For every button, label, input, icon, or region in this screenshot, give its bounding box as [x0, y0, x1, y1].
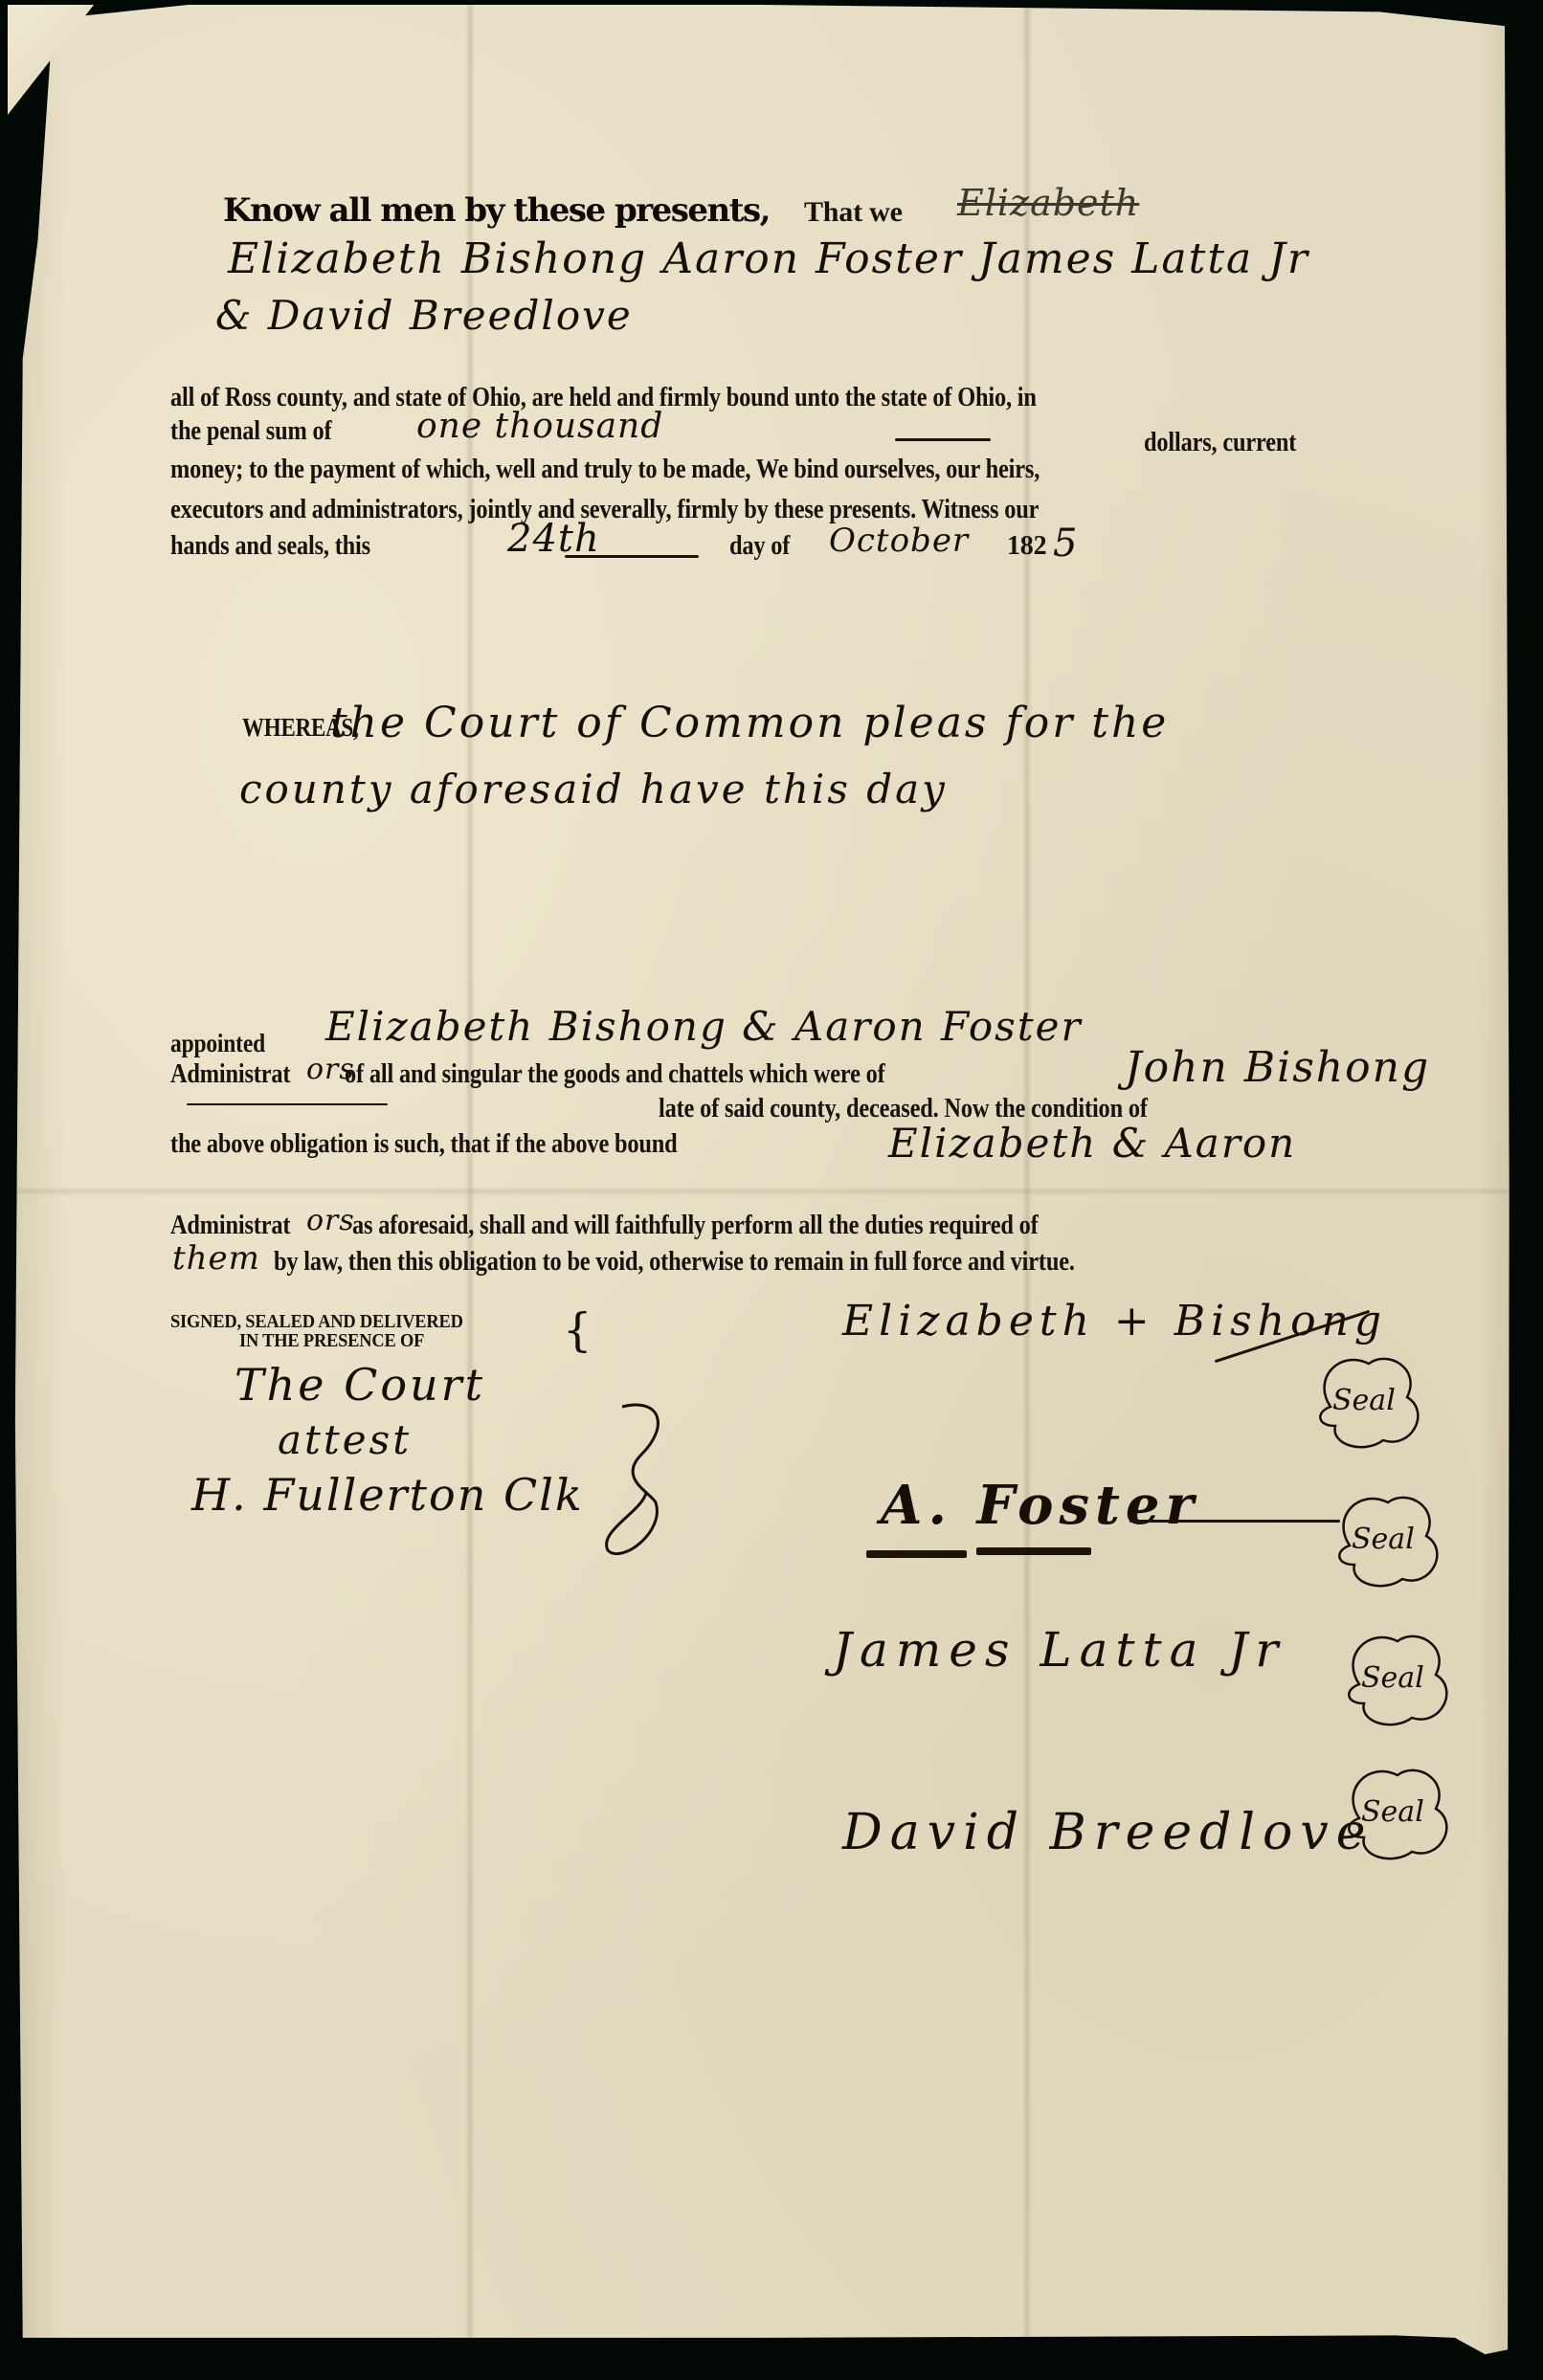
- bond-line-2-prefix: the penal sum of: [170, 416, 331, 447]
- witness-line-1: The Court: [235, 1359, 485, 1411]
- heading-that-we: That we: [804, 196, 903, 229]
- signature-2-tail: [1129, 1520, 1340, 1523]
- heading-blackletter: Know all men by these presents,: [223, 191, 770, 230]
- obligors-line-1: Elizabeth Bishong Aaron Foster James Lat…: [228, 234, 1309, 283]
- appointees: Elizabeth Bishong & Aaron Foster: [325, 1003, 1083, 1050]
- seal-label: Seal: [1332, 1384, 1396, 1417]
- horizontal-fold-crease: [8, 1187, 1515, 1196]
- brace-icon: {: [563, 1303, 593, 1357]
- seal-label: Seal: [1352, 1523, 1415, 1556]
- them-handwritten: them: [172, 1239, 260, 1278]
- signature-1: Elizabeth + Bishong: [842, 1297, 1387, 1346]
- day-rule: [565, 555, 699, 558]
- decedent-name: John Bishong: [1125, 1043, 1430, 1092]
- appointed-label: appointed: [170, 1029, 265, 1058]
- administrat2-suffix: ors: [306, 1204, 355, 1237]
- seal-2: Seal: [1331, 1488, 1445, 1593]
- struck-name: Elizabeth: [957, 182, 1139, 224]
- bond-line-5-prefix: hands and seals, this: [170, 531, 370, 562]
- duties-text: as aforesaid, shall and will faithfully …: [352, 1211, 1039, 1241]
- bound-names: Elizabeth & Aaron: [888, 1120, 1296, 1167]
- blank-rule: [895, 438, 991, 441]
- signature-2-underline-left: [866, 1550, 967, 1558]
- signature-2: A. Foster: [881, 1474, 1199, 1537]
- whereas-line-1: the Court of Common pleas for the: [330, 699, 1169, 747]
- bond-month: October: [829, 522, 969, 560]
- witness-line-3: H. Fullerton Clk: [191, 1469, 584, 1521]
- seal-1: Seal: [1311, 1349, 1426, 1455]
- bond-document-page: [8, 5, 1515, 2364]
- bond-line-3: money; to the payment of which, well and…: [170, 455, 1040, 485]
- bond-line-2-suffix: dollars, current: [1144, 428, 1296, 458]
- bond-year-digit: 5: [1053, 522, 1078, 566]
- witness-line-2: attest: [278, 1416, 412, 1463]
- vertical-fold-crease: [465, 5, 475, 2364]
- vertical-fold-crease: [1022, 5, 1032, 2364]
- whereas-line-2: county aforesaid have this day: [239, 766, 948, 812]
- bond-line-5-mid: day of: [729, 531, 790, 562]
- condition-text: the above obligation is such, that if th…: [170, 1129, 678, 1160]
- signed-label-2: IN THE PRESENCE OF: [239, 1330, 424, 1352]
- decedent-rule: [187, 1103, 388, 1105]
- signature-2-underline-right: [976, 1547, 1091, 1555]
- seal-4: Seal: [1340, 1761, 1455, 1866]
- flourish-icon: [603, 1397, 680, 1569]
- administrat-prefix: Administrat: [170, 1059, 290, 1090]
- goods-text: of all and singular the goods and chatte…: [345, 1059, 885, 1090]
- seal-label: Seal: [1361, 1661, 1424, 1695]
- obligors-line-2: & David Breedlove: [215, 292, 633, 339]
- void-text: by law, then this obligation to be void,…: [274, 1247, 1075, 1278]
- administrat2-prefix: Administrat: [170, 1211, 290, 1241]
- seal-3: Seal: [1340, 1627, 1455, 1732]
- signature-3: James Latta Jr: [833, 1622, 1286, 1678]
- signature-4: David Breedlove: [842, 1804, 1374, 1861]
- bond-year-printed: 182: [1007, 531, 1046, 562]
- penal-sum: one thousand: [416, 407, 663, 446]
- seal-label: Seal: [1361, 1795, 1424, 1829]
